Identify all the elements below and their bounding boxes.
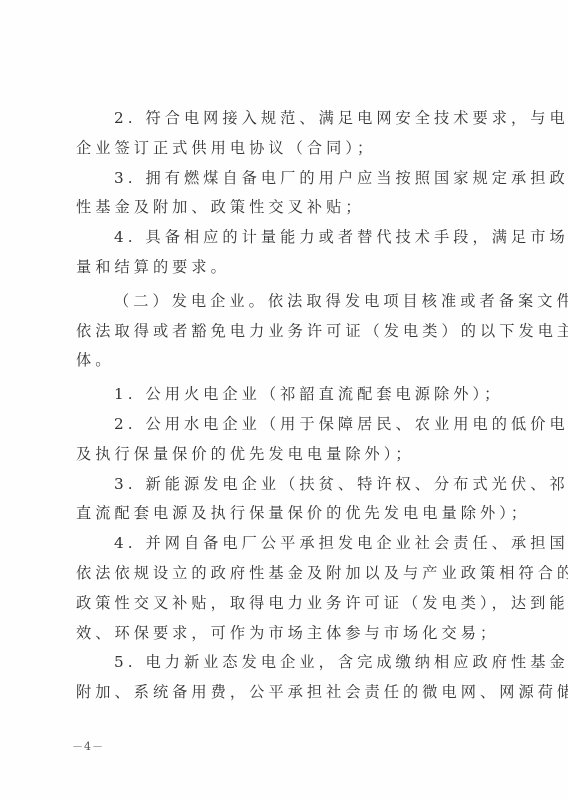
- text-line: 4. 具备相应的计量能力或者替代技术手段，满足市场计: [76, 223, 482, 253]
- paragraph-item-3: 3. 拥有燃煤自备电厂的用户应当按照国家规定承担政府 性基金及附加、政策性交叉补…: [76, 164, 482, 224]
- page-number: －4－: [72, 738, 104, 754]
- text-line: （二）发电企业。依法取得发电项目核准或者备案文件，: [76, 287, 482, 317]
- text-line: 及执行保量保价的优先发电电量除外）；: [76, 440, 482, 470]
- text-line: 5. 电力新业态发电企业，含完成缴纳相应政府性基金及: [76, 648, 482, 678]
- paragraph-item-2: 2. 符合电网接入规范、满足电网安全技术要求，与电网 企业签订正式供用电协议（合…: [76, 104, 482, 164]
- text-line: 4. 并网自备电厂公平承担发电企业社会责任、承担国家: [76, 529, 482, 559]
- text-line: 效、环保要求，可作为市场主体参与市场化交易；: [76, 619, 482, 649]
- text-line: 依法取得或者豁免电力业务许可证（发电类）的以下发电主: [76, 317, 482, 347]
- paragraph-gen-1: 1. 公用火电企业（祁韶直流配套电源除外）；: [76, 380, 482, 410]
- document-body: 2. 符合电网接入规范、满足电网安全技术要求，与电网 企业签订正式供用电协议（合…: [76, 104, 482, 708]
- text-line: 性基金及附加、政策性交叉补贴；: [76, 193, 482, 223]
- text-line: 政策性交叉补贴，取得电力业务许可证（发电类），达到能: [76, 589, 482, 619]
- text-line: 2. 公用水电企业（用于保障居民、农业用电的低价电源: [76, 410, 482, 440]
- paragraph-gen-3: 3. 新能源发电企业（扶贫、特许权、分布式光伏、祁韶 直流配套电源及执行保量保价…: [76, 470, 482, 530]
- text-line: 直流配套电源及执行保量保价的优先发电电量除外）；: [76, 499, 482, 529]
- text-line: 量和结算的要求。: [76, 253, 482, 283]
- paragraph-gen-2: 2. 公用水电企业（用于保障居民、农业用电的低价电源 及执行保量保价的优先发电电…: [76, 410, 482, 470]
- section-heading-power-generation: （二）发电企业。依法取得发电项目核准或者备案文件， 依法取得或者豁免电力业务许可…: [76, 287, 482, 376]
- text-line: 企业签订正式供用电协议（合同）；: [76, 134, 482, 164]
- text-line: 1. 公用火电企业（祁韶直流配套电源除外）；: [76, 380, 482, 410]
- document-page: 2. 符合电网接入规范、满足电网安全技术要求，与电网 企业签订正式供用电协议（合…: [0, 0, 568, 800]
- text-line: 附加、系统备用费，公平承担社会责任的微电网、网源荷储: [76, 678, 482, 708]
- text-line: 3. 拥有燃煤自备电厂的用户应当按照国家规定承担政府: [76, 164, 482, 194]
- text-line: 2. 符合电网接入规范、满足电网安全技术要求，与电网: [76, 104, 482, 134]
- paragraph-item-4: 4. 具备相应的计量能力或者替代技术手段，满足市场计 量和结算的要求。: [76, 223, 482, 283]
- text-line: 3. 新能源发电企业（扶贫、特许权、分布式光伏、祁韶: [76, 470, 482, 500]
- paragraph-gen-5: 5. 电力新业态发电企业，含完成缴纳相应政府性基金及 附加、系统备用费，公平承担…: [76, 648, 482, 708]
- text-line: 依法依规设立的政府性基金及附加以及与产业政策相符合的: [76, 559, 482, 589]
- text-line: 体。: [76, 346, 482, 376]
- paragraph-gen-4: 4. 并网自备电厂公平承担发电企业社会责任、承担国家 依法依规设立的政府性基金及…: [76, 529, 482, 648]
